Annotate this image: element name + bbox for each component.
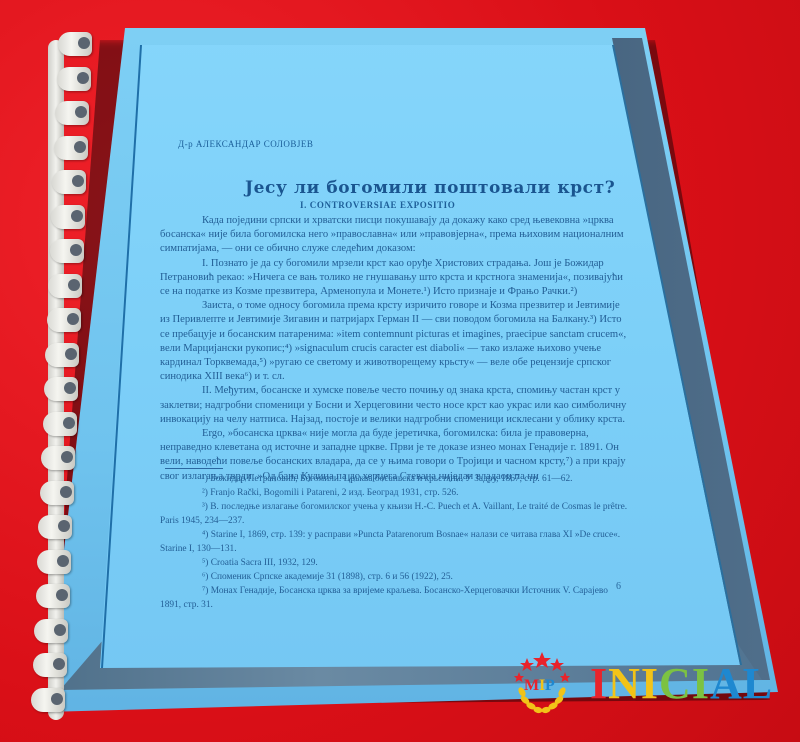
binding-ring: [41, 446, 75, 470]
author-line: Д-р АЛЕКСАНДАР СОЛОВЈЕВ: [178, 139, 313, 149]
binding-ring: [47, 308, 81, 332]
paragraph: II. Међутим, босанске и хумске повеље че…: [160, 384, 630, 427]
inicial-wordmark: INICIAL: [590, 662, 773, 706]
footnote-separator: [165, 468, 223, 469]
binding-ring: [45, 343, 79, 367]
binding-ring: [43, 412, 77, 436]
comb-binding: [22, 20, 62, 730]
footnotes: ¹) Божидар Петрановић, Богомили. Црьква …: [160, 472, 630, 612]
wordmark-letter: I: [641, 659, 659, 708]
article-body: Када поједини српски и хрватски писци по…: [160, 214, 630, 484]
binding-ring: [57, 67, 91, 91]
wordmark-letter: C: [659, 659, 692, 708]
binding-ring: [55, 101, 89, 125]
paragraph: Заиста, о томе односу богомила према крс…: [160, 299, 630, 384]
wordmark-letter: I: [590, 659, 608, 708]
binding-ring: [37, 550, 71, 574]
paragraph: I. Познато је да су богомили мрзели крст…: [160, 257, 630, 300]
footnote: ²) Franjo Rački, Bogomili i Patareni, 2 …: [160, 486, 630, 500]
binding-ring: [44, 377, 78, 401]
binding-ring: [40, 481, 74, 505]
wordmark-letter: L: [743, 659, 773, 708]
binding-ring: [50, 239, 84, 263]
footnote: ³) В. последње излагање богомилског учењ…: [160, 500, 630, 528]
wordmark-letter: A: [710, 659, 743, 708]
binding-ring: [52, 170, 86, 194]
binding-ring: [54, 136, 88, 160]
bound-booklet-photo: Д-р АЛЕКСАНДАР СОЛОВЈЕВ Јесу ли богомили…: [0, 0, 800, 742]
inicial-watermark-logo: M I P INICIAL: [512, 650, 792, 720]
binding-ring: [31, 688, 65, 712]
wordmark-letter: N: [608, 659, 641, 708]
section-heading: I. CONTROVERSIAE EXPOSITIO: [300, 200, 455, 210]
article-title: Јесу ли богомили поштовали крст?: [245, 178, 615, 198]
binding-ring: [33, 653, 67, 677]
binding-ring: [34, 619, 68, 643]
footnote: ⁶) Споменик Српске академије 31 (1898), …: [160, 570, 630, 584]
laurel-emblem-icon: M I P: [512, 650, 572, 716]
svg-text:M: M: [524, 677, 539, 694]
binding-ring: [51, 205, 85, 229]
footnote: ⁵) Croatia Sacra III, 1932, 129.: [160, 556, 630, 570]
binding-ring: [38, 515, 72, 539]
footnote: ¹) Божидар Петрановић, Богомили. Црьква …: [160, 472, 630, 486]
binding-ring: [58, 32, 92, 56]
wordmark-letter: I: [692, 659, 710, 708]
binding-ring: [36, 584, 70, 608]
svg-text:P: P: [545, 677, 555, 694]
footnote: ⁷) Монах Генадије, Босанска црква за ври…: [160, 584, 630, 612]
footnote: ⁴) Starine I, 1869, стр. 139: у расправи…: [160, 528, 630, 556]
binding-ring: [48, 274, 82, 298]
page-number: 6: [616, 581, 621, 592]
paragraph: Када поједини српски и хрватски писци по…: [160, 214, 630, 257]
